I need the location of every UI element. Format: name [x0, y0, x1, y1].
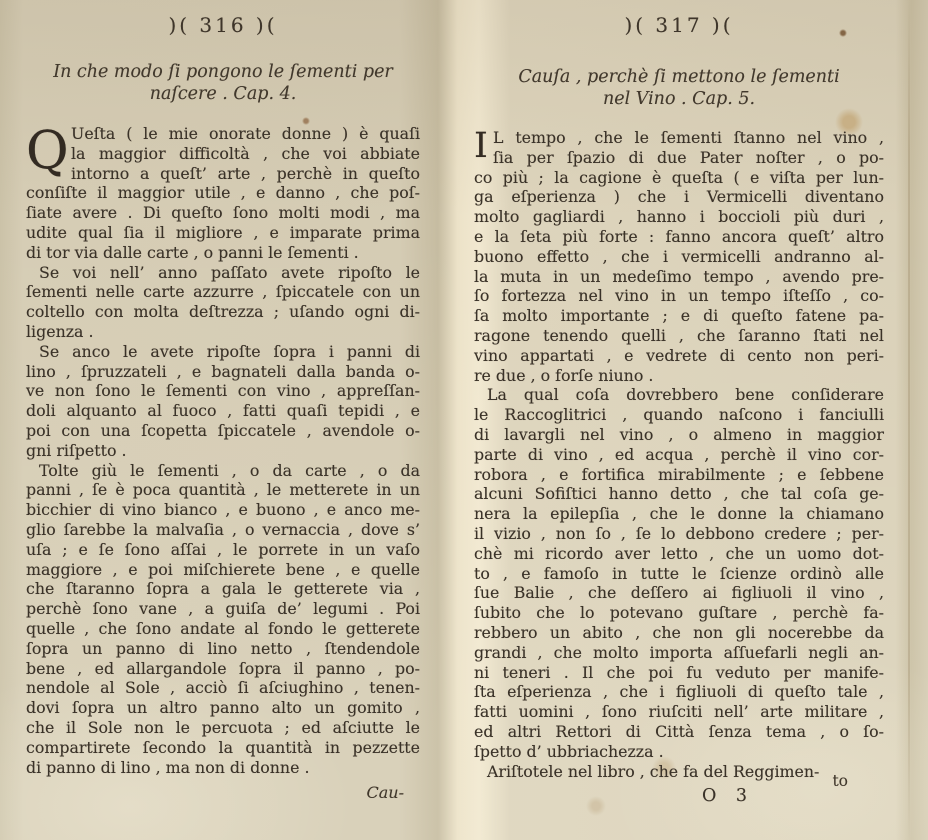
- text-line: poi con una ſcopetta ſpiccatele , avendo…: [26, 421, 420, 441]
- text-line: le Raccoglitrici , quando naſcono i fanc…: [474, 405, 884, 425]
- paragraph: Q Ueſta ( le mie onorate donne ) è quaſi…: [26, 124, 420, 263]
- catchword-right: to: [474, 772, 884, 790]
- paragraph-lines: Se anco le avete ripoſte ſopra i panni d…: [26, 342, 420, 461]
- drop-cap: Q: [26, 124, 71, 183]
- page-text-left: Q Ueſta ( le mie onorate donne ) è quaſi…: [26, 124, 420, 777]
- text-line: ſiate avere . Di queſto ſono molti modi …: [26, 203, 420, 223]
- drop-cap: I: [474, 128, 493, 167]
- heading-line: In che modo ſi pongono le ſementi per: [26, 61, 420, 83]
- text-line: re due , o forſe niuno .: [474, 366, 884, 386]
- text-line: gni riſpetto .: [26, 441, 420, 461]
- heading-line: nel Vino . Cap. 5.: [474, 88, 884, 110]
- text-line: alcuni Sofiſtici hanno detto , che tal c…: [474, 484, 884, 504]
- text-line: ni teneri . Il che poi fu veduto per man…: [474, 663, 884, 683]
- text-line: ed altri Rettori di Città ſenza tema , o…: [474, 722, 884, 742]
- paragraph: Se voi nell’ anno paſſato avete ripoſto …: [26, 263, 420, 342]
- paragraph-lines: Tolte giù le ſementi , o da carte , o da…: [26, 461, 420, 778]
- text-line: ſia per ſpazio di due Pater noſter , o p…: [474, 148, 884, 168]
- text-line: che ſtaranno ſopra a gala le getterete v…: [26, 579, 420, 599]
- text-line: co più ; la cagione è queſta ( e viſta p…: [474, 168, 884, 188]
- text-column-right: )( 317 )( Cauſa , perchè ſi mettono le ſ…: [474, 0, 884, 840]
- text-line: rebbero un abito , che non gli nocerebbe…: [474, 623, 884, 643]
- paragraph: La qual coſa dovrebbero bene conſiderare…: [474, 385, 884, 761]
- paragraph-lines: L tempo , che le ſementi ſtanno nel vino…: [474, 128, 884, 385]
- text-line: buono effetto , che i vermicelli andrann…: [474, 247, 884, 267]
- folio-number-right: )( 317 )(: [474, 13, 884, 37]
- text-line: ve non ſono le ſementi con vino , appreſ…: [26, 381, 420, 401]
- text-line: Ueſta ( le mie onorate donne ) è quaſi: [26, 124, 420, 144]
- text-line: ſo fortezza nel vino in un tempo iſteſſo…: [474, 286, 884, 306]
- text-line: panni , ſe è poca quantità , le metteret…: [26, 480, 420, 500]
- text-line: Se anco le avete ripoſte ſopra i panni d…: [26, 342, 420, 362]
- text-line: dovi ſopra un altro panno alto un gomito…: [26, 698, 420, 718]
- text-line: fatti uomini , ſono riuſciti nell’ arte …: [474, 702, 884, 722]
- text-line: che il Sole non le percuota ; ed aſciutt…: [26, 718, 420, 738]
- heading-line: naſcere . Cap. 4.: [26, 83, 420, 105]
- text-line: e la ſeta più forte : fanno ancora queſt…: [474, 227, 884, 247]
- text-line: ſubito che lo potevano guſtare , perchè …: [474, 603, 884, 623]
- chapter-heading-right: Cauſa , perchè ſi mettono le ſementi nel…: [474, 66, 884, 110]
- text-line: intorno a queſt’ arte , perchè in queſto: [26, 164, 420, 184]
- text-line: ſta eſperienza , che i figliuoli di queſ…: [474, 682, 884, 702]
- catchword-left: Cau-: [26, 783, 420, 802]
- text-line: La qual coſa dovrebbero bene conſiderare: [474, 385, 884, 405]
- text-line: glio ſarebbe la malvaſia , o vernaccia ,…: [26, 520, 420, 540]
- paragraph: Tolte giù le ſementi , o da carte , o da…: [26, 461, 420, 778]
- chapter-heading-left: In che modo ſi pongono le ſementi per na…: [26, 61, 420, 105]
- text-line: udite qual ſia il migliore , e imparate …: [26, 223, 420, 243]
- text-line: chè mi ricordo aver letto , che un uomo …: [474, 544, 884, 564]
- text-line: di tor via dalle carte , o panni le ſeme…: [26, 243, 420, 263]
- text-line: bene , ed allargandole ſopra il panno , …: [26, 659, 420, 679]
- text-line: ſementi nelle carte azzurre , ſpiccatele…: [26, 282, 420, 302]
- text-line: lino , ſpruzzateli , e bagnateli dalla b…: [26, 362, 420, 382]
- text-line: robora , e fortifica mirabilmente ; e ſe…: [474, 465, 884, 485]
- text-line: L tempo , che le ſementi ſtanno nel vino…: [474, 128, 884, 148]
- text-line: parte di vino , ed acqua , perchè il vin…: [474, 445, 884, 465]
- text-line: il vizio , non ſo , ſe lo debbono creder…: [474, 524, 884, 544]
- folio-number-left: )( 316 )(: [26, 13, 420, 37]
- paragraph-lines: La qual coſa dovrebbero bene conſiderare…: [474, 385, 884, 761]
- text-line: to , e famoſo in tutte le ſcienze ordinò…: [474, 564, 884, 584]
- paragraph-lines: Ueſta ( le mie onorate donne ) è quaſila…: [26, 124, 420, 263]
- text-line: ligenza .: [26, 322, 420, 342]
- text-line: ſa molto importante ; e di queſto fatene…: [474, 306, 884, 326]
- text-line: coltello con molta deſtrezza ; uſando og…: [26, 302, 420, 322]
- text-line: bicchier di vino bianco , e buono , e an…: [26, 500, 420, 520]
- paragraph-lines: Se voi nell’ anno paſſato avete ripoſto …: [26, 263, 420, 342]
- text-line: ſopra un panno di lino netto , ſtendendo…: [26, 639, 420, 659]
- page-317: )( 317 )( Cauſa , perchè ſi mettono le ſ…: [464, 0, 928, 840]
- text-line: quelle , che ſono andate al fondo le get…: [26, 619, 420, 639]
- text-line: Tolte giù le ſementi , o da carte , o da: [26, 461, 420, 481]
- paragraph: I L tempo , che le ſementi ſtanno nel vi…: [474, 128, 884, 385]
- book-scan: )( 316 )( In che modo ſi pongono le ſeme…: [0, 0, 928, 840]
- text-line: ſue Balie , che deſſero ai figliuoli il …: [474, 583, 884, 603]
- paragraph: Se anco le avete ripoſte ſopra i panni d…: [26, 342, 420, 461]
- text-line: uſa ; e ſe ſono aſſai , le porrete in un…: [26, 540, 420, 560]
- text-column-left: )( 316 )( In che modo ſi pongono le ſeme…: [26, 0, 420, 840]
- text-line: la maggior difficoltà , che voi abbiate: [26, 144, 420, 164]
- text-line: ſpetto d’ ubbriachezza .: [474, 742, 884, 762]
- text-line: Se voi nell’ anno paſſato avete ripoſto …: [26, 263, 420, 283]
- text-line: maggiore , e poi miſchierete bene , e qu…: [26, 560, 420, 580]
- text-line: molto gagliardi , hanno i boccioli più d…: [474, 207, 884, 227]
- text-line: nera la epilepſia , che le donne la chia…: [474, 504, 884, 524]
- heading-line: Cauſa , perchè ſi mettono le ſementi: [474, 66, 884, 88]
- text-line: doli alquanto al fuoco , fatti quaſi tep…: [26, 401, 420, 421]
- text-line: ga eſperienza ) che i Vermicelli diventa…: [474, 187, 884, 207]
- text-line: compartirete ſecondo la quantità in pezz…: [26, 738, 420, 758]
- text-line: di panno di lino , ma non di donne .: [26, 758, 420, 778]
- text-line: nendole al Sole , acciò ſi aſciughino , …: [26, 678, 420, 698]
- page-text-right: I L tempo , che le ſementi ſtanno nel vi…: [474, 128, 884, 781]
- text-line: conſiſte il maggior utile , e danno , ch…: [26, 183, 420, 203]
- text-line: vino appartati , e vedrete di cento non …: [474, 346, 884, 366]
- text-line: la muta in un medeſimo tempo , avendo pr…: [474, 267, 884, 287]
- text-line: ragone tenendo quelli , che ſaranno ſtat…: [474, 326, 884, 346]
- text-line: di lavargli nel vino , o almeno in maggi…: [474, 425, 884, 445]
- text-line: perchè ſono vane , a guiſa de’ legumi . …: [26, 599, 420, 619]
- text-line: grandi , che molto importa aſſuefarli ne…: [474, 643, 884, 663]
- page-316: )( 316 )( In che modo ſi pongono le ſeme…: [0, 0, 464, 840]
